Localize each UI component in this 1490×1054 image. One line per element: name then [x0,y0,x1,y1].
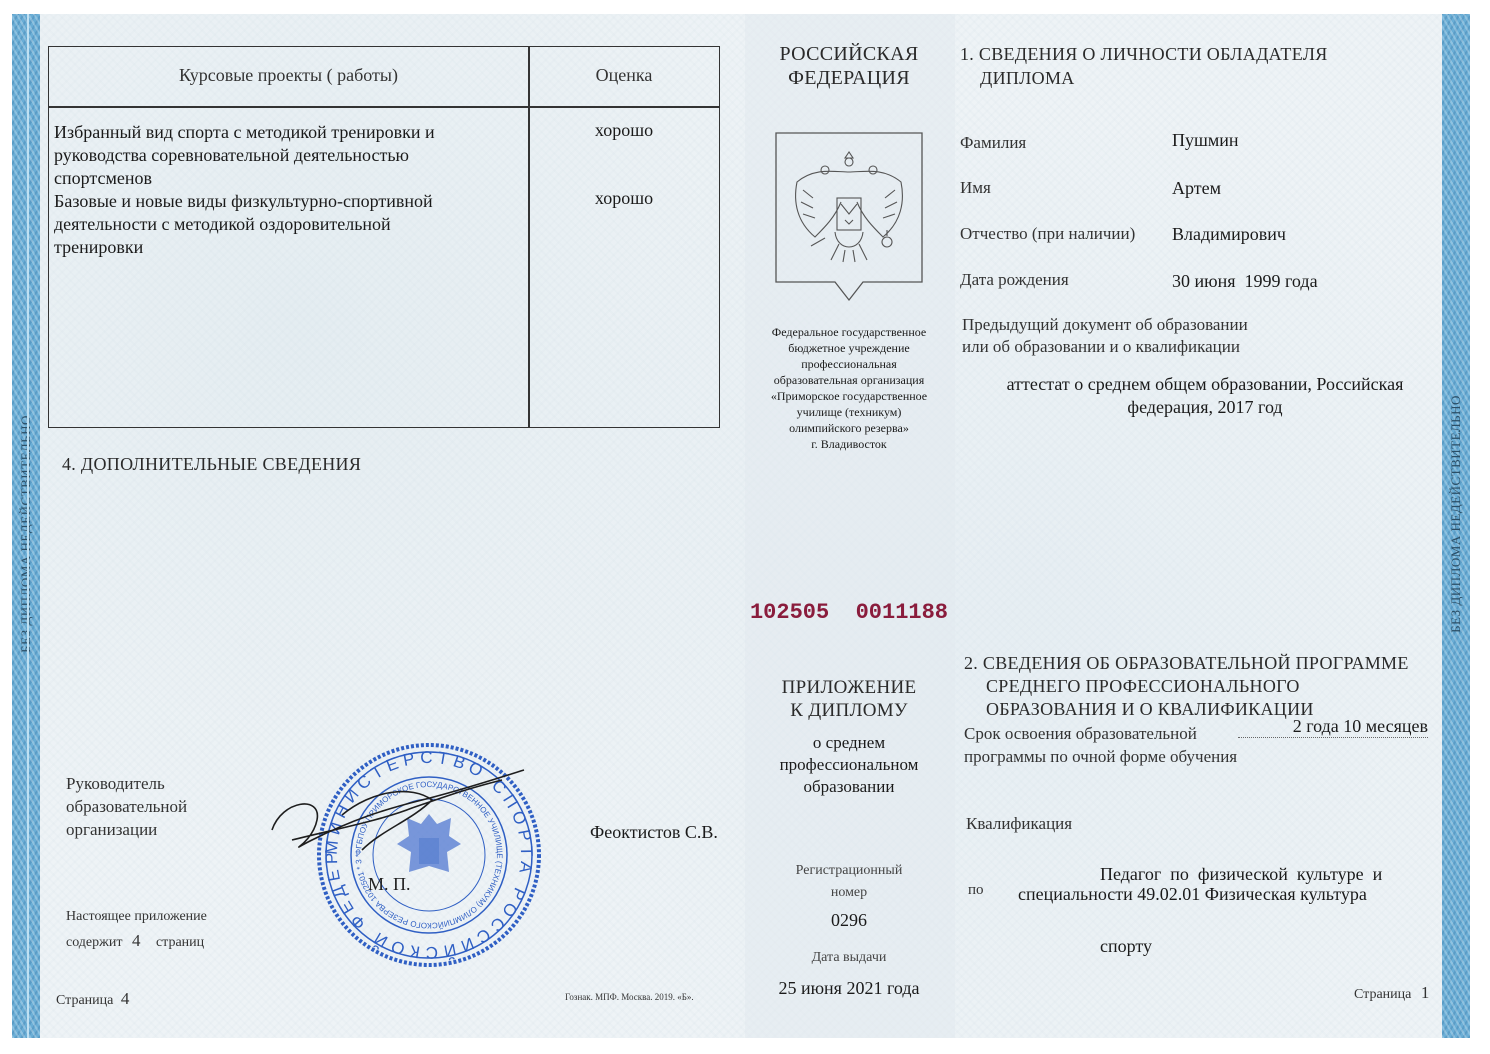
field-label-birthdate: Дата рождения [960,270,1069,290]
field-label-surname: Фамилия [960,133,1026,153]
field-label-patronymic: Отчество (при наличии) [960,224,1135,244]
issue-date: 25 июня 2021 года [748,978,950,999]
specialty-value: специальности 49.02.01 Физическая культу… [1018,884,1367,905]
field-value-surname: Пушмин [1172,130,1239,151]
pages-count: 4 [132,931,141,950]
signature-icon [262,760,532,870]
table-row-course: Базовые и новые виды физкультурно-спорти… [54,190,524,259]
previous-document-label: Предыдущий документ об образовании или о… [962,314,1248,358]
registration-label: Регистрационный номер [748,860,950,904]
pages-note-line1: Настоящее приложение [66,909,207,925]
document-subtitle: о среднем профессиональном образовании [748,732,950,798]
duration-label: Срок освоения образовательной программы … [964,722,1237,768]
pages-note-line2: содержит 4 страниц [66,931,204,951]
field-value-name: Артем [1172,178,1221,199]
serial-number: 102505 0011188 [748,600,950,625]
left-page-number: Страница 4 [56,989,129,1009]
registration-number: 0296 [748,910,950,931]
issue-date-label: Дата выдачи [748,950,950,966]
field-label-name: Имя [960,178,991,198]
table-header-divider [49,106,719,108]
table-header-grade: Оценка [529,65,719,86]
table-row-grade: хорошо [529,120,719,141]
coat-of-arms-icon [775,132,923,302]
qualification-label: Квалификация [966,814,1072,834]
right-page-number: Страница 1 [1354,983,1429,1003]
table-column-divider [528,47,530,427]
previous-document-value: аттестат о среднем общем образовании, Ро… [970,373,1440,419]
field-value-birthdate: 30 июня 1999 года [1172,271,1318,292]
institution-name: Федеральное государственное бюджетное уч… [748,324,950,452]
table-row-grade: хорошо [529,188,719,209]
country-title: РОССИЙСКАЯ ФЕДЕРАЦИЯ [748,42,950,90]
field-value-patronymic: Владимирович [1172,224,1286,245]
specialty-prefix: по [968,882,984,899]
table-header-course: Курсовые проекты ( работы) [49,65,528,86]
document-title: ПРИЛОЖЕНИЕ К ДИПЛОМУ [748,676,950,722]
right-security-strip: БЕЗ ДИПЛОМА НЕДЕЙСТВИТЕЛЬНО [1442,14,1470,1038]
section2-title: 2. СВЕДЕНИЯ ОБ ОБРАЗОВАТЕЛЬНОЙ ПРОГРАММЕ… [964,652,1409,721]
printer-note: Гознак. МПФ. Москва. 2019. «Б». [565,992,694,1002]
head-name: Феоктистов С.В. [590,822,718,843]
right-strip-text: БЕЗ ДИПЛОМА НЕДЕЙСТВИТЕЛЬНО [1448,395,1464,633]
left-strip-text: БЕЗ ДИПЛОМА НЕДЕЙСТВИТЕЛЬНО [18,415,34,653]
duration-value: 2 года 10 месяцев [1238,716,1428,738]
left-security-strip: БЕЗ ДИПЛОМА НЕДЕЙСТВИТЕЛЬНО [12,14,40,1038]
seal-label: М. П. [368,874,411,895]
course-projects-table: Курсовые проекты ( работы) Оценка Избран… [48,46,720,428]
section4-title: 4. ДОПОЛНИТЕЛЬНЫЕ СВЕДЕНИЯ [62,454,361,475]
table-row-course: Избранный вид спорта с методикой трениро… [54,121,524,190]
head-label: Руководитель образовательной организации [66,772,187,841]
section1-title: 1. СВЕДЕНИЯ О ЛИЧНОСТИ ОБЛАДАТЕЛЯ ДИПЛОМ… [960,42,1328,90]
